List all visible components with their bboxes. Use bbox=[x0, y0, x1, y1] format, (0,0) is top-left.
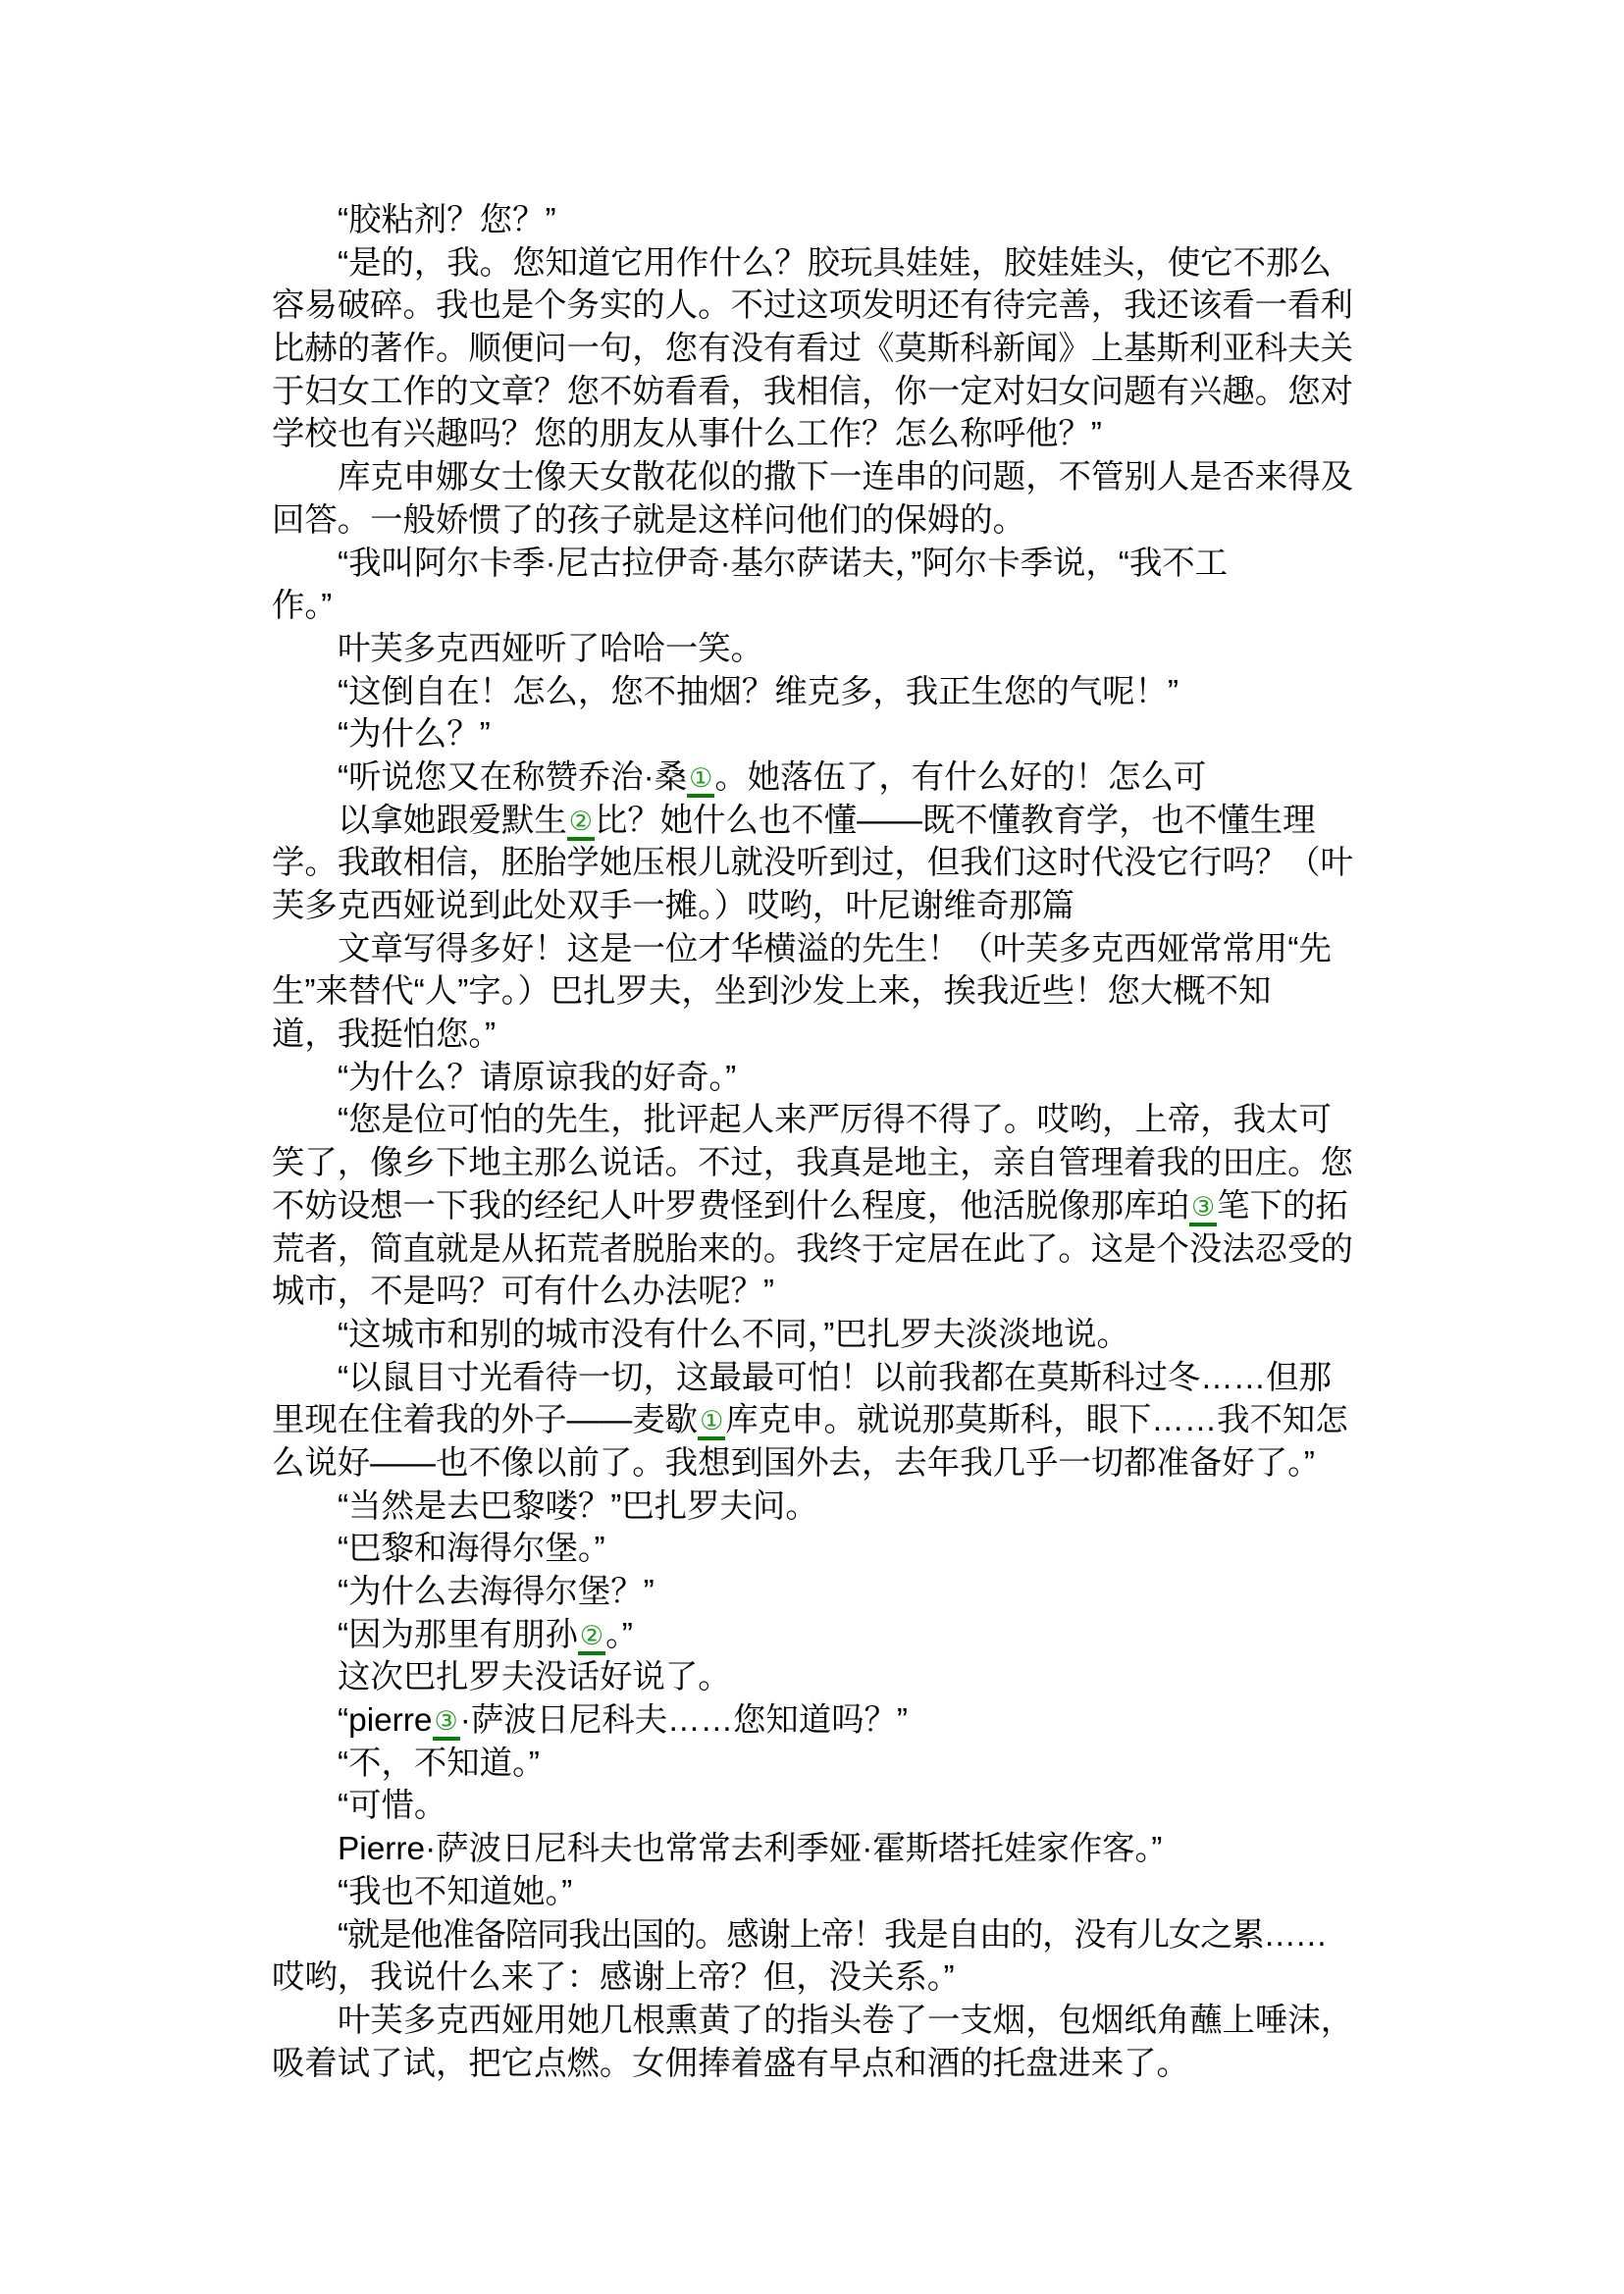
text-run: 叶芙多克西娅听了哈哈一笑。 bbox=[338, 631, 763, 667]
text-run: “pierre bbox=[338, 1702, 433, 1739]
text-line: “您是位可怕的先生，批评起人来严厉得不得了。哎哟，上帝，我太可 bbox=[272, 1099, 1410, 1142]
text-line: “我叫阿尔卡季·尼古拉伊奇·基尔萨诺夫，”阿尔卡季说，“我不工 bbox=[272, 543, 1410, 586]
text-run: 以拿她跟爱默生 bbox=[338, 803, 567, 839]
text-run: 笑了，像乡下地主那么说话。不过，我真是地主，亲自管理着我的田庄。您 bbox=[272, 1145, 1353, 1181]
text-run: “以鼠目寸光看待一切，这最最可怕！以前我都在莫斯科过冬……但那 bbox=[338, 1360, 1332, 1396]
text-line: “就是他准备陪同我出国的。感谢上帝！我是自由的，没有儿女之累…… bbox=[272, 1914, 1410, 1957]
footnote-marker[interactable]: ③ bbox=[1189, 1192, 1217, 1226]
text-line: “因为那里有朋孙②。” bbox=[272, 1614, 1410, 1657]
text-run: 于妇女工作的文章？您不妨看看，我相信，你一定对妇女问题有兴趣。您对 bbox=[272, 374, 1353, 410]
text-line: “为什么？” bbox=[272, 713, 1410, 756]
text-line: “胶粘剂？您？” bbox=[272, 199, 1410, 242]
footnote-marker[interactable]: ② bbox=[578, 1621, 605, 1655]
text-run: 。” bbox=[605, 1617, 633, 1653]
text-line: 么说好——也不像以前了。我想到国外去，去年我几乎一切都准备好了。” bbox=[272, 1442, 1410, 1486]
text-run: “为什么去海得尔堡？” bbox=[338, 1574, 655, 1610]
text-line: “为什么去海得尔堡？” bbox=[272, 1571, 1410, 1614]
footnote-marker[interactable]: ③ bbox=[433, 1706, 460, 1741]
text-run: 么说好——也不像以前了。我想到国外去，去年我几乎一切都准备好了。” bbox=[272, 1445, 1315, 1482]
text-run: 荒者，简直就是从拓荒者脱胎来的。我终于定居在此了。这是个没法忍受的 bbox=[272, 1231, 1353, 1268]
text-line: “不，不知道。” bbox=[272, 1743, 1410, 1786]
text-run: 。她落伍了，有什么好的！怎么可 bbox=[714, 759, 1206, 796]
text-line: “这倒自在！怎么，您不抽烟？维克多，我正生您的气呢！” bbox=[272, 671, 1410, 714]
text-line: “巴黎和海得尔堡。” bbox=[272, 1528, 1410, 1571]
text-run: “我也不知道她。” bbox=[338, 1874, 572, 1910]
footnote-marker[interactable]: ① bbox=[698, 1406, 725, 1440]
text-run: “为什么？” bbox=[338, 716, 491, 753]
text-run: 容易破碎。我也是个务实的人。不过这项发明还有待完善，我还该看一看利 bbox=[272, 287, 1353, 324]
text-run: Pierre·萨波日尼科夫也常常去利季娅·霍斯塔托娃家作客。” bbox=[338, 1831, 1162, 1867]
footnote-marker[interactable]: ② bbox=[567, 807, 595, 841]
text-line: 不妨设想一下我的经纪人叶罗费怪到什么程度，他活脱像那库珀③笔下的拓 bbox=[272, 1185, 1410, 1228]
text-run: 作。” bbox=[272, 588, 332, 624]
text-run: 比？她什么也不懂——既不懂教育学，也不懂生理 bbox=[595, 803, 1316, 839]
text-line: 作。” bbox=[272, 585, 1410, 628]
text-run: 回答。一般娇惯了的孩子就是这样问他们的保姆的。 bbox=[272, 502, 1025, 539]
text-line: 容易破碎。我也是个务实的人。不过这项发明还有待完善，我还该看一看利 bbox=[272, 285, 1410, 328]
text-line: “听说您又在称赞乔治·桑①。她落伍了，有什么好的！怎么可 bbox=[272, 756, 1410, 800]
text-run: 不妨设想一下我的经纪人叶罗费怪到什么程度，他活脱像那库珀 bbox=[272, 1188, 1189, 1225]
text-run: 吸着试了试，把它点燃。女佣捧着盛有早点和酒的托盘进来了。 bbox=[272, 2046, 1189, 2082]
text-run: “我叫阿尔卡季·尼古拉伊奇·基尔萨诺夫，”阿尔卡季说，“我不工 bbox=[338, 546, 1228, 582]
text-line: 里现在住着我的外子——麦歇①库克申。就说那莫斯科，眼下……我不知怎 bbox=[272, 1399, 1410, 1442]
text-line: Pierre·萨波日尼科夫也常常去利季娅·霍斯塔托娃家作客。” bbox=[272, 1828, 1410, 1871]
text-line: 荒者，简直就是从拓荒者脱胎来的。我终于定居在此了。这是个没法忍受的 bbox=[272, 1228, 1410, 1272]
text-line: “pierre③·萨波日尼科夫……您知道吗？” bbox=[272, 1699, 1410, 1743]
text-line: “这城市和别的城市没有什么不同，”巴扎罗夫淡淡地说。 bbox=[272, 1314, 1410, 1357]
text-line: 于妇女工作的文章？您不妨看看，我相信，你一定对妇女问题有兴趣。您对 bbox=[272, 371, 1410, 414]
text-run: “巴黎和海得尔堡。” bbox=[338, 1531, 605, 1567]
text-line: 生”来替代“人”字。）巴扎罗夫，坐到沙发上来，挨我近些！您大概不知 bbox=[272, 970, 1410, 1014]
text-line: “以鼠目寸光看待一切，这最最可怕！以前我都在莫斯科过冬……但那 bbox=[272, 1357, 1410, 1400]
text-line: “可惜。 bbox=[272, 1785, 1410, 1828]
text-run: “这城市和别的城市没有什么不同，”巴扎罗夫淡淡地说。 bbox=[338, 1317, 1129, 1353]
text-run: “听说您又在称赞乔治·桑 bbox=[338, 759, 687, 796]
text-line: 笑了，像乡下地主那么说话。不过，我真是地主，亲自管理着我的田庄。您 bbox=[272, 1142, 1410, 1185]
text-line: 文章写得多好！这是一位才华横溢的先生！（叶芙多克西娅常常用“先 bbox=[272, 928, 1410, 971]
text-line: 以拿她跟爱默生②比？她什么也不懂——既不懂教育学，也不懂生理 bbox=[272, 800, 1410, 843]
text-line: 库克申娜女士像天女散花似的撒下一连串的问题，不管别人是否来得及 bbox=[272, 456, 1410, 499]
text-line: 学校也有兴趣吗？您的朋友从事什么工作？怎么称呼他？” bbox=[272, 413, 1410, 456]
text-line: “当然是去巴黎喽？”巴扎罗夫问。 bbox=[272, 1486, 1410, 1529]
text-line: 哎哟，我说什么来了：感谢上帝？但，没关系。” bbox=[272, 1956, 1410, 2000]
text-run: 库克申。就说那莫斯科，眼下……我不知怎 bbox=[725, 1402, 1347, 1438]
text-run: 学校也有兴趣吗？您的朋友从事什么工作？怎么称呼他？” bbox=[272, 416, 1102, 452]
text-run: “可惜。 bbox=[338, 1788, 446, 1824]
text-run: 笔下的拓 bbox=[1217, 1188, 1348, 1225]
text-run: “不，不知道。” bbox=[338, 1746, 540, 1782]
text-run: 城市，不是吗？可有什么办法呢？” bbox=[272, 1274, 774, 1310]
text-line: “是的，我。您知道它用作什么？胶玩具娃娃，胶娃娃头，使它不那么 bbox=[272, 242, 1410, 286]
text-line: “我也不知道她。” bbox=[272, 1871, 1410, 1914]
footnote-marker[interactable]: ① bbox=[687, 763, 714, 798]
text-line: 道，我挺怕您。” bbox=[272, 1014, 1410, 1057]
text-line: “为什么？请原谅我的好奇。” bbox=[272, 1057, 1410, 1100]
text-line: 叶芙多克西娅用她几根熏黄了的指头卷了一支烟，包烟纸角蘸上唾沫， bbox=[272, 2000, 1410, 2043]
text-line: 比赫的著作。顺便问一句，您有没有看过《莫斯科新闻》上基斯利亚科夫关 bbox=[272, 328, 1410, 371]
text-run: 库克申娜女士像天女散花似的撒下一连串的问题，不管别人是否来得及 bbox=[338, 459, 1353, 495]
text-run: 哎哟，我说什么来了：感谢上帝？但，没关系。” bbox=[272, 1959, 955, 1996]
text-run: “当然是去巴黎喽？”巴扎罗夫问。 bbox=[338, 1488, 818, 1525]
text-run: 生”来替代“人”字。）巴扎罗夫，坐到沙发上来，挨我近些！您大概不知 bbox=[272, 973, 1271, 1010]
text-line: 回答。一般娇惯了的孩子就是这样问他们的保姆的。 bbox=[272, 499, 1410, 543]
text-run: “胶粘剂？您？” bbox=[338, 202, 556, 238]
text-run: “就是他准备陪同我出国的。感谢上帝！我是自由的，没有儿女之累…… bbox=[338, 1917, 1327, 1954]
text-line: 学。我敢相信，胚胎学她压根儿就没听到过，但我们这时代没它行吗？（叶 bbox=[272, 842, 1410, 885]
text-run: “为什么？请原谅我的好奇。” bbox=[338, 1060, 736, 1096]
text-run: 文章写得多好！这是一位才华横溢的先生！（叶芙多克西娅常常用“先 bbox=[338, 931, 1332, 967]
text-line: 芙多克西娅说到此处双手一摊。）哎哟，叶尼谢维奇那篇 bbox=[272, 885, 1410, 928]
text-run: 道，我挺怕您。” bbox=[272, 1017, 496, 1053]
text-content: “胶粘剂？您？”“是的，我。您知道它用作什么？胶玩具娃娃，胶娃娃头，使它不那么容… bbox=[272, 199, 1410, 2085]
text-line: 这次巴扎罗夫没话好说了。 bbox=[272, 1656, 1410, 1699]
text-run: “是的，我。您知道它用作什么？胶玩具娃娃，胶娃娃头，使它不那么 bbox=[338, 245, 1332, 282]
document-page: “胶粘剂？您？”“是的，我。您知道它用作什么？胶玩具娃娃，胶娃娃头，使它不那么容… bbox=[0, 0, 1624, 2294]
text-line: 叶芙多克西娅听了哈哈一笑。 bbox=[272, 628, 1410, 671]
text-run: 叶芙多克西娅用她几根熏黄了的指头卷了一支烟，包烟纸角蘸上唾沫， bbox=[338, 2003, 1353, 2039]
text-line: 吸着试了试，把它点燃。女佣捧着盛有早点和酒的托盘进来了。 bbox=[272, 2043, 1410, 2086]
text-run: “您是位可怕的先生，批评起人来严厉得不得了。哎哟，上帝，我太可 bbox=[338, 1102, 1332, 1138]
text-run: 里现在住着我的外子——麦歇 bbox=[272, 1402, 698, 1438]
text-run: 比赫的著作。顺便问一句，您有没有看过《莫斯科新闻》上基斯利亚科夫关 bbox=[272, 331, 1353, 367]
text-run: 芙多克西娅说到此处双手一摊。）哎哟，叶尼谢维奇那篇 bbox=[272, 888, 1074, 924]
text-run: “这倒自在！怎么，您不抽烟？维克多，我正生您的气呢！” bbox=[338, 674, 1179, 710]
text-line: 城市，不是吗？可有什么办法呢？” bbox=[272, 1271, 1410, 1314]
text-run: 这次巴扎罗夫没话好说了。 bbox=[338, 1659, 731, 1695]
text-run: “因为那里有朋孙 bbox=[338, 1617, 578, 1653]
text-run: ·萨波日尼科夫……您知道吗？” bbox=[460, 1702, 908, 1739]
text-run: 学。我敢相信，胚胎学她压根儿就没听到过，但我们这时代没它行吗？（叶 bbox=[272, 845, 1353, 881]
